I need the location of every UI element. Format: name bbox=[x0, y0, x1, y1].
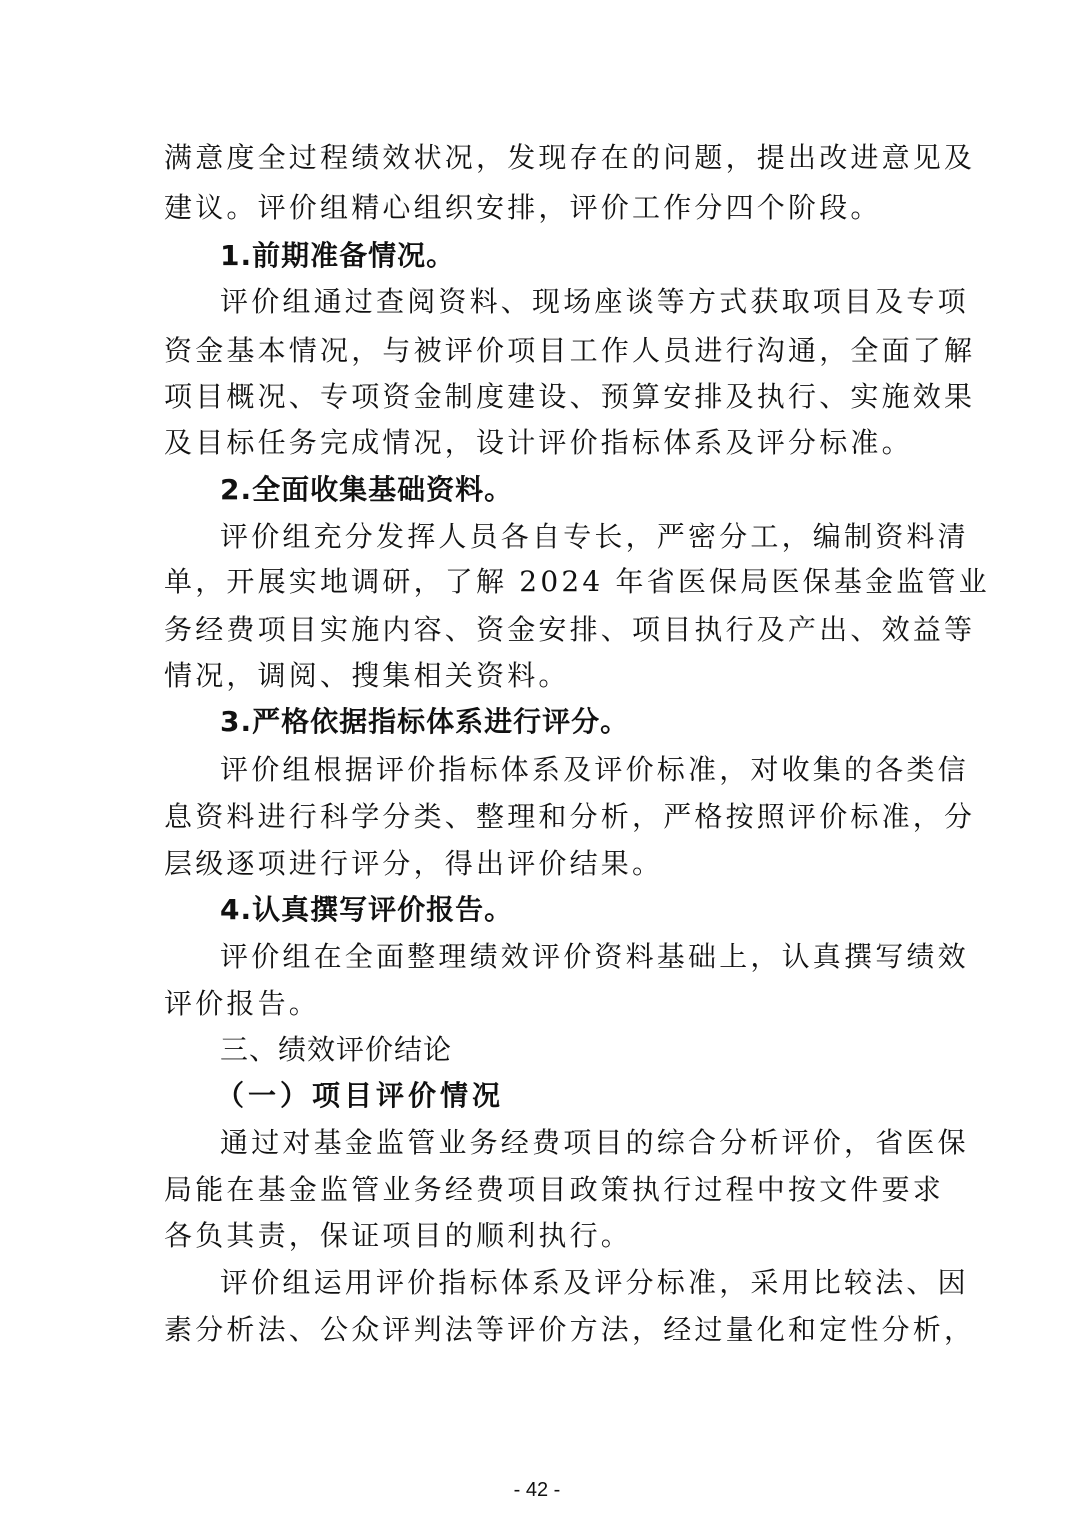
body-text-line: 单，开展实地调研，了解 2024 年省医保局医保基金监管业 bbox=[164, 560, 914, 604]
body-text-line: 及目标任务完成情况，设计评价指标体系及评分标准。 bbox=[164, 421, 914, 465]
body-text-line: 务经费项目实施内容、资金安排、项目执行及产出、效益等 bbox=[164, 608, 914, 652]
body-text-line: 建议。评价组精心组织安排，评价工作分四个阶段。 bbox=[164, 186, 914, 230]
document-page: 满意度全过程绩效状况，发现存在的问题，提出改进意见及 建议。评价组精心组织安排，… bbox=[0, 0, 1074, 1520]
body-text-line: 评价组在全面整理绩效评价资料基础上，认真撰写绩效 bbox=[220, 935, 914, 979]
body-text-line: 满意度全过程绩效状况，发现存在的问题，提出改进意见及 bbox=[164, 136, 914, 180]
body-text-line: 通过对基金监管业务经费项目的综合分析评价，省医保 bbox=[220, 1121, 914, 1165]
heading-scoring: 3.严格依据指标体系进行评分。 bbox=[220, 700, 629, 744]
heading-collect-materials: 2.全面收集基础资料。 bbox=[220, 468, 513, 512]
body-text-line: 评价组运用评价指标体系及评分标准，采用比较法、因 bbox=[220, 1261, 914, 1305]
body-text-line: 息资料进行科学分类、整理和分析，严格按照评价标准，分 bbox=[164, 795, 914, 839]
page-number: - 42 - bbox=[0, 1478, 1074, 1502]
body-text-line: 评价组充分发挥人员各自专长，严密分工，编制资料清 bbox=[220, 515, 914, 559]
heading-write-report: 4.认真撰写评价报告。 bbox=[220, 888, 513, 932]
body-text-line: 素分析法、公众评判法等评价方法，经过量化和定性分析， bbox=[164, 1308, 914, 1352]
body-text-line: 层级逐项进行评分，得出评价结果。 bbox=[164, 842, 914, 886]
body-text-line: 局能在基金监管业务经费项目政策执行过程中按文件要求 bbox=[164, 1168, 914, 1212]
subsection-heading-project-evaluation: （一）项目评价情况 bbox=[216, 1074, 504, 1118]
section-heading-conclusion: 三、绩效评价结论 bbox=[220, 1028, 452, 1072]
heading-preparation: 1.前期准备情况。 bbox=[220, 234, 455, 278]
body-text-line: 项目概况、专项资金制度建设、预算安排及执行、实施效果 bbox=[164, 375, 914, 419]
body-text-line: 情况，调阅、搜集相关资料。 bbox=[164, 654, 914, 698]
body-text-line: 评价组根据评价指标体系及评价标准，对收集的各类信 bbox=[220, 748, 914, 792]
body-text-line: 各负其责，保证项目的顺利执行。 bbox=[164, 1214, 914, 1258]
body-text-line: 评价报告。 bbox=[164, 982, 914, 1026]
body-text-line: 资金基本情况，与被评价项目工作人员进行沟通，全面了解 bbox=[164, 329, 914, 373]
body-text-line: 评价组通过查阅资料、现场座谈等方式获取项目及专项 bbox=[220, 280, 914, 324]
